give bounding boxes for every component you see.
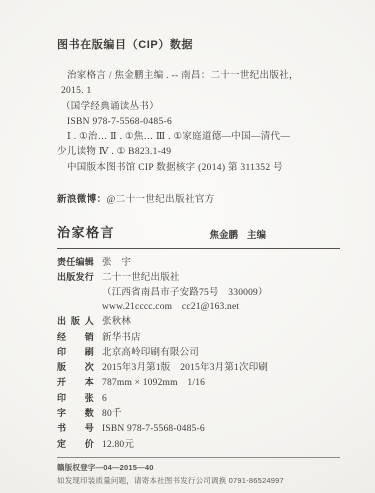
cip-body: 治家格言 / 焦金鹏主编 . -- 南昌：二十一世纪出版社， 2015. 1 （…	[57, 69, 340, 176]
editor-name: 焦金鹏	[209, 230, 238, 241]
row-label: 出版发行	[57, 270, 94, 284]
colophon-row: 版次2015年3月第1版 2015年3月第1次印刷	[57, 360, 340, 375]
copyright-page: 图书在版编目（CIP）数据 治家格言 / 焦金鹏主编 . -- 南昌：二十一世纪…	[0, 0, 375, 493]
cip-line: 少儿读物 Ⅳ . ① B823.1-49	[57, 145, 340, 160]
row-value: 787mm × 1092mm 1/16	[102, 378, 205, 388]
cip-line: Ⅰ . ①治… Ⅱ . ①焦… Ⅲ . ①家庭道德—中国—清代—	[57, 130, 340, 145]
row-label: 定价	[57, 437, 94, 451]
cip-line: 治家格言 / 焦金鹏主编 . -- 南昌：二十一世纪出版社，	[57, 69, 340, 84]
colophon-row: 字数80千	[57, 406, 340, 421]
editor-credit: 焦金鹏主编	[209, 227, 340, 241]
cip-line: ISBN 978-7-5568-0485-6	[57, 115, 340, 130]
cip-line: 2015. 1	[57, 84, 340, 99]
row-label: 印刷	[57, 345, 94, 359]
colophon-row: 定价12.80元	[57, 437, 340, 452]
row-label: 责任编辑	[57, 255, 94, 269]
colophon-row: 出版发行二十一世纪出版社	[57, 270, 340, 285]
row-value: 12.80元	[102, 440, 134, 450]
row-value: 6	[102, 394, 107, 404]
row-value: 张 宇	[102, 258, 131, 268]
weibo-handle: @二十一世纪出版社官方	[107, 195, 215, 205]
row-value: （江西省南昌市子安路75号 330009）	[102, 288, 268, 298]
row-label: 版次	[57, 360, 94, 374]
row-value: 二十一世纪出版社	[102, 273, 180, 283]
colophon-table: 责任编辑张 宇 出版发行二十一世纪出版社 （江西省南昌市子安路75号 33000…	[57, 255, 340, 452]
colophon-row: 责任编辑张 宇	[57, 255, 340, 270]
copyright-registration: 赣版权登字—04—2015—40	[57, 463, 340, 473]
weibo-line: 新浪微博：@二十一世纪出版社官方	[57, 191, 340, 205]
row-label: 经销	[57, 330, 94, 344]
cip-heading: 图书在版编目（CIP）数据	[57, 38, 340, 52]
colophon-row: 印刷北京高岭印刷有限公司	[57, 345, 340, 360]
cip-line: （国学经典诵读丛书）	[57, 100, 340, 115]
row-value: 北京高岭印刷有限公司	[102, 348, 199, 358]
row-value: www.21cccc.com cc21@163.net	[102, 302, 239, 312]
colophon-row: （江西省南昌市子安路75号 330009）	[57, 286, 340, 300]
colophon-row: 出版人张秋林	[57, 314, 340, 329]
row-label: 出版人	[57, 314, 94, 328]
row-label: 字数	[57, 406, 94, 420]
colophon-row: 经销新华书店	[57, 330, 340, 345]
row-label: 开本	[57, 375, 94, 389]
colophon-row: www.21cccc.com cc21@163.net	[57, 300, 340, 314]
row-value: 新华书店	[102, 333, 141, 343]
book-title: 治家格言	[57, 222, 115, 241]
row-value: 张秋林	[102, 317, 131, 327]
colophon-row: 书号ISBN 978-7-5568-0485-6	[57, 421, 340, 436]
row-label: 印张	[57, 391, 94, 405]
editor-role: 主编	[247, 230, 266, 241]
colophon-row: 印张6	[57, 391, 340, 406]
row-value: 2015年3月第1版 2015年3月第1次印刷	[102, 363, 268, 373]
title-row: 治家格言 焦金鹏主编	[57, 222, 340, 249]
cip-line: 中国版本图书馆 CIP 数据核字 (2014) 第 311352 号	[57, 161, 340, 176]
row-label: 书号	[57, 421, 94, 435]
row-value: ISBN 978-7-5568-0485-6	[102, 424, 205, 434]
colophon-row: 开本787mm × 1092mm 1/16	[57, 375, 340, 390]
quality-notice: 如发现印装质量问题，请寄本社图书发行公司调换 0791-86524997	[57, 476, 340, 486]
page-footer: 赣版权登字—04—2015—40 如发现印装质量问题，请寄本社图书发行公司调换 …	[57, 457, 340, 486]
weibo-label: 新浪微博：	[57, 194, 107, 205]
row-value: 80千	[102, 409, 122, 419]
